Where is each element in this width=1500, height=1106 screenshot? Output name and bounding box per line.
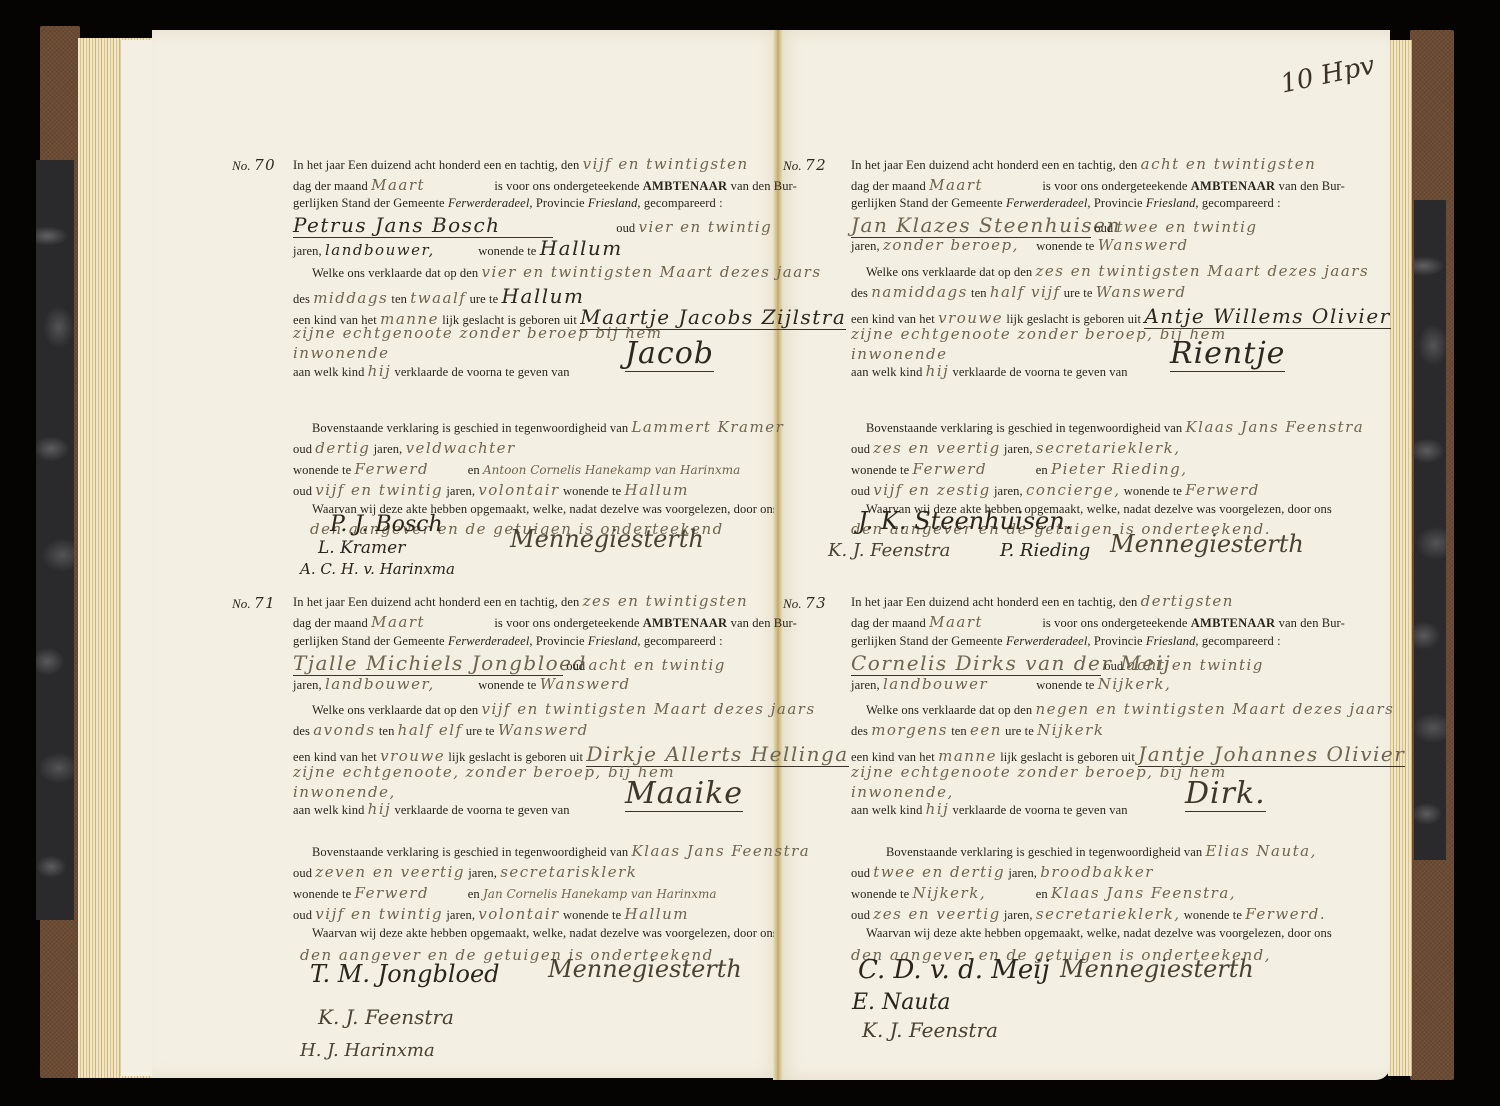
child-name: Dirk. — [1185, 776, 1266, 812]
declarant-name: Cornelis Dirks van der Meij — [851, 651, 1101, 676]
right-page-edges — [1388, 40, 1412, 1076]
declarant-name: Jan Klazes Steenhuisen — [851, 213, 1091, 238]
signature-official: Mennegiesterth — [510, 525, 704, 553]
child-name: Rientje — [1170, 336, 1285, 372]
signature-witness-1: K. J. Feenstra — [828, 540, 950, 561]
signature-official: Mennegiesterth — [548, 955, 742, 983]
entry-number-label: No. 71 — [232, 594, 276, 612]
declarant-name: Petrus Jans Bosch — [293, 213, 553, 238]
signature-witness-2: H. J. Harinxma — [300, 1040, 435, 1061]
signature-witness-2: A. C. H. v. Harinxma — [300, 560, 455, 578]
signature-official: Mennegiesterth — [1110, 530, 1304, 558]
signature-official: Mennegiesterth — [1060, 955, 1254, 983]
signature-declarant: C. D. v. d. Meij — [858, 955, 1050, 985]
signature-witness-1: L. Kramer — [318, 538, 405, 558]
signature-witness-1: E. Nauta — [852, 990, 951, 1015]
signature-witness-2: P. Rieding — [1000, 540, 1090, 561]
child-name: Jacob — [625, 336, 714, 372]
entry-number-label: No. 72 — [783, 156, 827, 174]
right-marbled-board — [1414, 200, 1446, 860]
entry-number-label: No. 70 — [232, 156, 276, 174]
declarant-name: Tjalle Michiels Jongbloed — [293, 651, 563, 676]
signature-declarant: P. J. Bosch — [330, 512, 443, 537]
signature-declarant: T. M. Jongbloed — [310, 960, 500, 988]
signature-witness-1: K. J. Feenstra — [318, 1005, 454, 1029]
entry-number-label: No. 73 — [783, 594, 827, 612]
signature-witness-2: K. J. Feenstra — [862, 1018, 998, 1042]
child-name: Maaike — [625, 776, 743, 812]
left-marbled-board — [36, 160, 74, 920]
signature-declarant: J. K. Steenhuisen. — [858, 507, 1072, 535]
